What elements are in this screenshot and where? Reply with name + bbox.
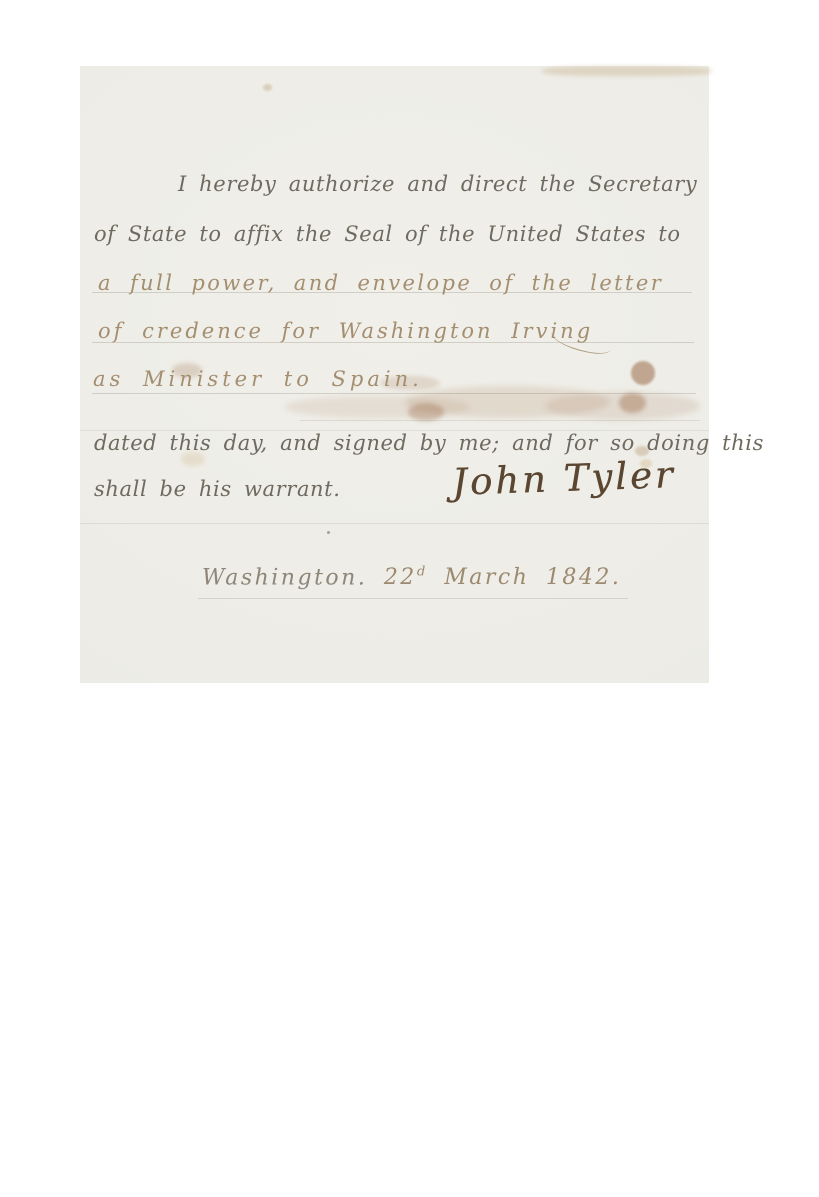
document-paper: I hereby authorize and direct the Secret…: [80, 66, 709, 683]
letter-line-7: shall be his warrant.: [94, 479, 341, 500]
signature-john-tyler: John Tyler: [451, 456, 676, 501]
letter-line-3-inserted: a full power, and envelope of the letter: [98, 273, 663, 294]
top-edge-stain: [542, 66, 712, 76]
ruled-guide-line: [92, 393, 696, 394]
letter-line-5-inserted: as Minister to Spain.: [93, 369, 423, 390]
ink-blot: [619, 393, 646, 413]
ruled-guide-line: [198, 598, 628, 599]
letter-line-1: I hereby authorize and direct the Secret…: [178, 174, 697, 195]
ordinal-suffix: d: [417, 565, 428, 580]
letter-line-6: dated this day, and signed by me; and fo…: [94, 433, 764, 454]
letter-line-4-inserted: of credence for Washington Irving: [98, 321, 593, 342]
dateline: Washington. 22d March 1842.: [202, 566, 621, 589]
ink-blot: [631, 361, 655, 385]
small-stain-spot: [263, 84, 272, 91]
pen-flourish: [548, 324, 613, 357]
ink-dot: [327, 531, 330, 534]
ruled-guide-line: [300, 420, 700, 421]
fold-crease: [80, 523, 709, 524]
ink-blot: [408, 403, 444, 421]
dateline-date: 22d March 1842.: [384, 565, 622, 590]
dateline-place: Washington.: [202, 565, 367, 590]
letter-line-2: of State to affix the Seal of the United…: [94, 224, 681, 245]
